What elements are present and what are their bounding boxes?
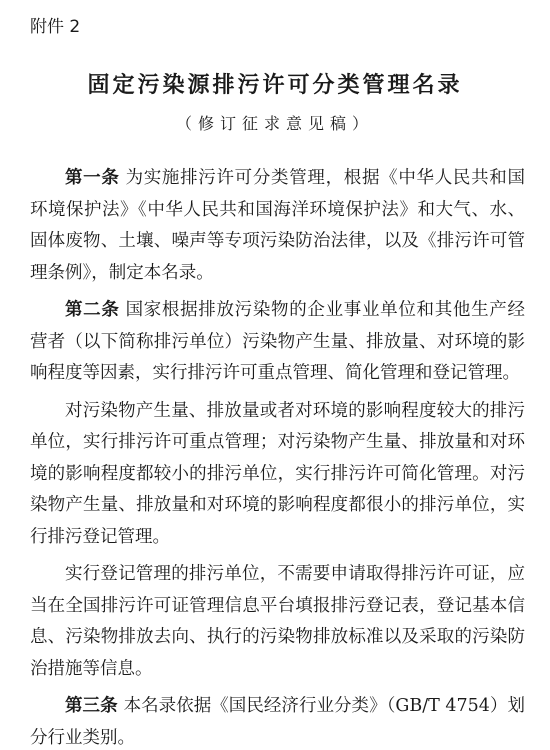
article-3-paragraph: 第三条本名录依据《国民经济行业分类》（GB/T 4754）划分行业类别。 (30, 691, 525, 750)
attachment-label: 附件 2 (30, 12, 80, 37)
document-title: 固定污染源排污许可分类管理名录 (0, 68, 550, 99)
article-2-text-2: 对污染物产生量、排放量或者对环境的影响程度较大的排污单位，实行排污许可重点管理；… (30, 401, 525, 547)
article-2-text-3: 实行登记管理的排污单位，不需要申请取得排污许可证，应当在全国排污许可证管理信息平… (30, 564, 525, 679)
article-2-paragraph-2: 对污染物产生量、排放量或者对环境的影响程度较大的排污单位，实行排污许可重点管理；… (30, 396, 525, 554)
article-1-paragraph: 第一条为实施排污许可分类管理，根据《中华人民共和国环境保护法》《中华人民共和国海… (30, 163, 525, 289)
article-2-paragraph: 第二条国家根据排放污染物的企业事业单位和其他生产经营者（以下简称排污单位）污染物… (30, 295, 525, 390)
article-2-heading: 第二条 (65, 300, 120, 320)
article-3-heading: 第三条 (65, 696, 118, 716)
article-1-heading: 第一条 (65, 168, 120, 188)
article-2-paragraph-3: 实行登记管理的排污单位，不需要申请取得排污许可证，应当在全国排污许可证管理信息平… (30, 559, 525, 685)
document-subtitle: （修订征求意见稿） (0, 111, 550, 134)
document-body: 第一条为实施排污许可分类管理，根据《中华人民共和国环境保护法》《中华人民共和国海… (30, 163, 525, 750)
